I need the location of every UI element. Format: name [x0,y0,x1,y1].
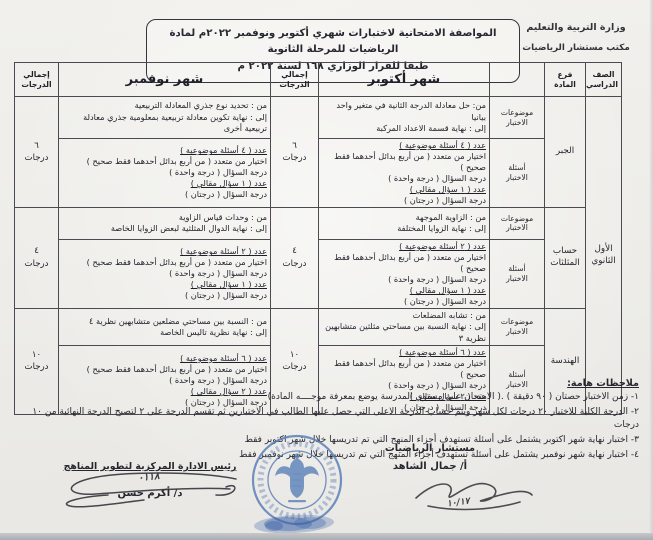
cell-november-topics-geometry: من : النسبة بين مساحتي مضلعين متشابهين ن… [59,308,271,345]
col-header-grade: الصف الدراسي [586,63,622,97]
scanned-document-page: وزارة التربية والتعليم مكتب مستشار الريا… [0,0,653,540]
cell-october-topics-geometry: من : تشابه المضلعات إلى : نهاية النسبة ب… [319,308,490,345]
col-header-total-november: إجمالي الدرجات [15,63,59,97]
cell-october-topics-algebra: من: حل معادلة الدرجة الثانية في متغير وا… [319,97,490,139]
label-topics-trigonometry: موضوعات الاختبار [490,207,545,239]
ministry-block: وزارة التربية والتعليم مكتب مستشار الريا… [505,22,647,53]
exam-specification-table: الصف الدراسي فرع المادة شهر أكتوبر إجمال… [14,62,622,415]
cell-november-total-algebra: ٦ درجات [15,97,59,208]
label-topics-geometry: موضوعات الاختبار [490,308,545,345]
col-header-branch: فرع المادة [545,63,586,97]
handwritten-number-left: ٠١١٨ [137,471,160,484]
col-header-november: شهر نوفمبر [59,63,271,97]
row-geometry-topics: الهندسة موضوعات الاختبار من : تشابه المض… [15,308,622,345]
col-header-total-october: إجمالي الدرجات [271,63,319,97]
cell-grade: الأول الثانوي [586,97,622,415]
cell-november-topics-trigonometry: من : وحدات قياس الزاوية إلى : نهاية الدو… [59,207,271,239]
row-algebra-questions: أسئلة الاختبار عدد ( ٤ أسئلة موضوعية )اخ… [15,139,622,208]
cell-october-total-algebra: ٦ درجات [271,97,319,208]
cell-november-questions-algebra: عدد ( ٤ أسئلة موضوعية )اختيار من متعدد (… [59,139,271,208]
office-name: مكتب مستشار الرياضيات [505,43,647,53]
label-questions-algebra: أسئلة الاختبار [490,139,545,208]
col-header-labels [490,63,545,97]
note-item-1: ١- زمن الاختبار حصتان ( ٩٠ دقيقة ) .( ال… [11,391,639,404]
col-header-october: شهر أكتوبر [319,63,490,97]
title-line-1: المواصفة الامتحانية لاختبارات شهري أكتوب… [157,26,509,59]
note-item-2: ٢- الدرجة الكلية للاختبار ٢٠ درجات لكل ش… [11,406,639,432]
row-trigonometry-topics: حساب المثلثات موضوعات الاختبار من : الزا… [15,207,622,239]
row-trigonometry-questions: أسئلة الاختبار عدد ( ٢ أسئلة موضوعية )اخ… [15,239,622,308]
consultant-title: مستشار الرياضيات [355,443,505,454]
cell-october-questions-trigonometry: عدد ( ٢ أسئلة موضوعية )اختيار من متعدد (… [319,239,490,308]
notes-title: ملاحظات هامة: [11,378,639,389]
eagle-emblem-icon [275,453,319,502]
cell-branch-algebra: الجبر [545,97,586,208]
cell-november-topics-algebra: من : تحديد نوع جذري المعادلة التربيعية إ… [59,97,271,139]
cell-october-total-trigonometry: ٤ درجات [271,207,319,308]
scan-edge-bottom [0,533,653,540]
scan-edge-right [649,0,653,540]
consultant-signature-scribble [398,468,548,520]
row-algebra-topics: الأول الثانوي الجبر موضوعات الاختبار من:… [15,97,622,139]
label-questions-trigonometry: أسئلة الاختبار [490,239,545,308]
cell-october-topics-trigonometry: من : الزاوية الموجهة إلى : نهاية الزوايا… [319,207,490,239]
cell-november-questions-trigonometry: عدد ( ٢ أسئلة موضوعية )اختيار من متعدد (… [59,239,271,308]
ministry-name: وزارة التربية والتعليم [505,22,647,33]
label-topics-algebra: موضوعات الاختبار [490,97,545,139]
cell-october-questions-algebra: عدد ( ٤ أسئلة موضوعية )اختيار من متعدد (… [319,139,490,208]
cell-november-total-trigonometry: ٤ درجات [15,207,59,308]
table-header-row: الصف الدراسي فرع المادة شهر أكتوبر إجمال… [15,63,622,97]
cell-branch-trigonometry: حساب المثلثات [545,207,586,308]
